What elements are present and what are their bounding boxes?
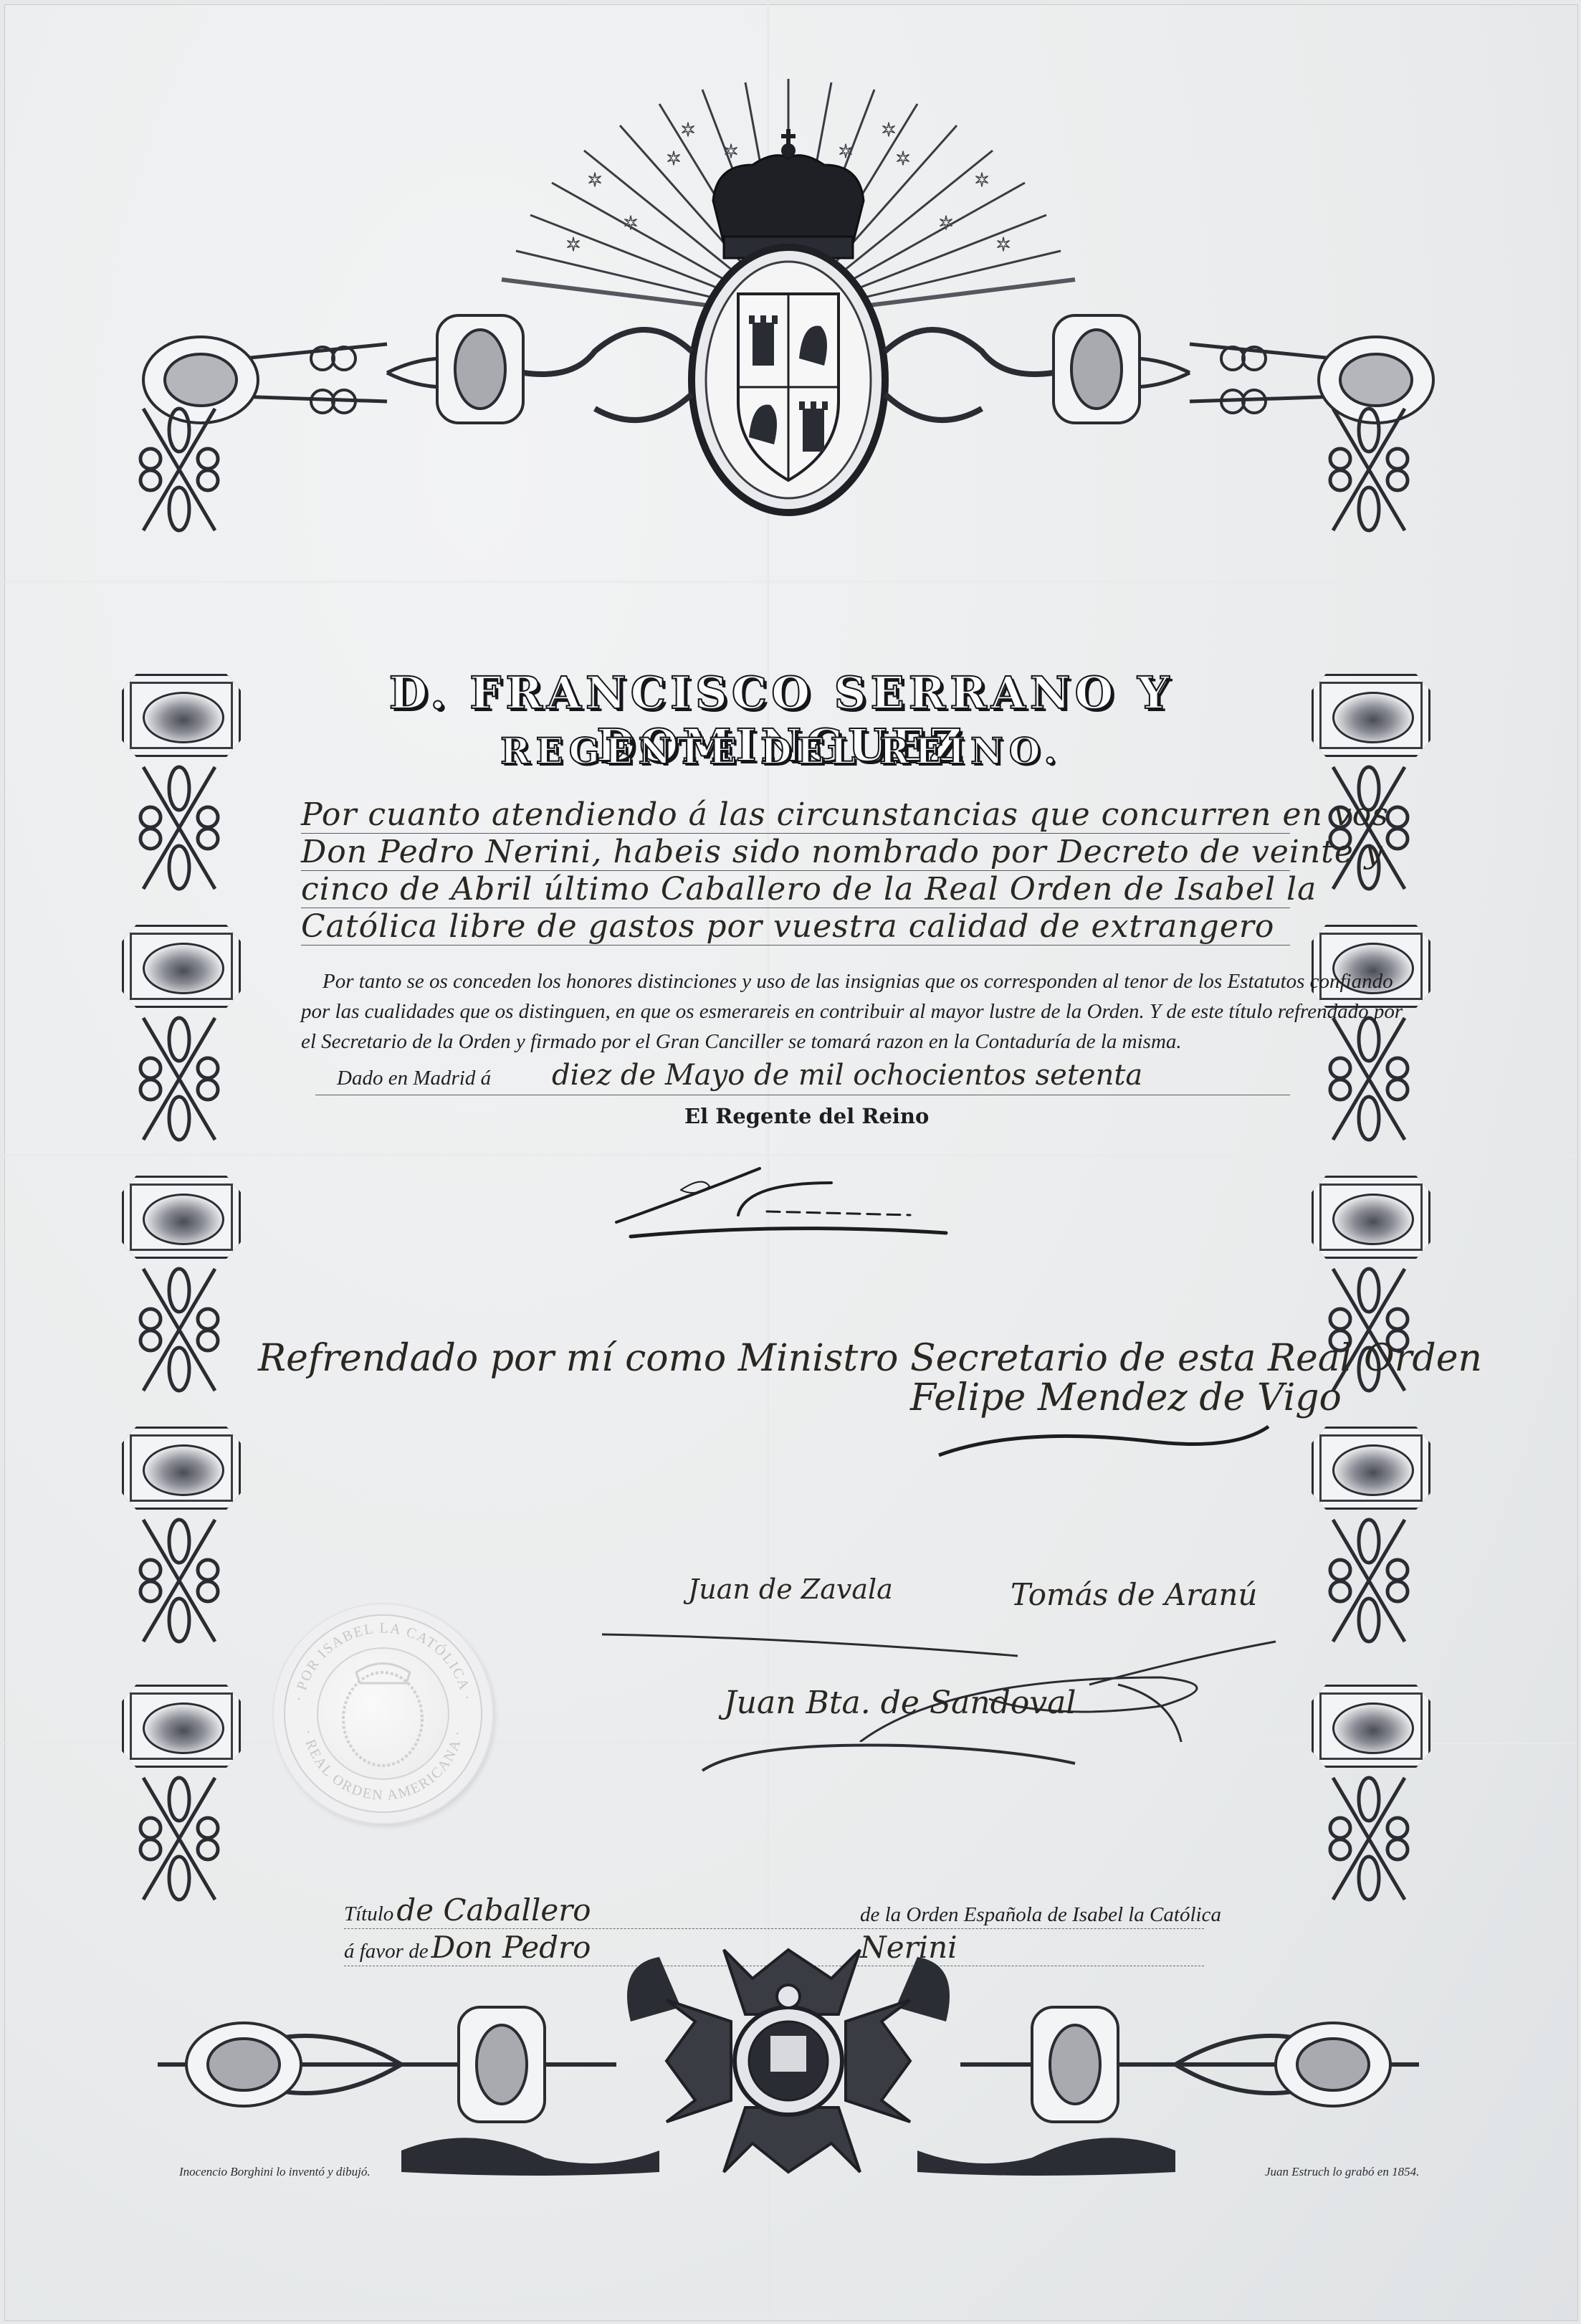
date-line: Dado en Madrid á diez de Mayo de mil och… [315,1063,1290,1095]
date-value: diez de Mayo de mil ochocientos setenta [552,1059,1142,1092]
medallion-icon [122,925,241,1008]
arrow-knot-icon [1326,1011,1412,1147]
handwritten-line: Católica libre de gastos por vuestra cal… [301,909,1290,946]
seal-legend-top: · POR ISABEL LA CATÓLICA · [291,1620,474,1702]
right-border-ornament [1304,401,1433,2007]
printed-line: Por tanto se os conceden los honores dis… [323,969,1312,998]
arrow-knot-icon [136,760,222,896]
left-border-ornament [115,401,244,2007]
printed-line: por las cualidades que os distinguen, en… [301,999,1290,1028]
medallion-icon [122,1176,241,1259]
handwritten-line: Por cuanto atendiendo á las circunstanci… [301,797,1290,834]
medallion-icon [122,1427,241,1510]
credit-engraver: Juan Estruch lo grabó en 1854. [1265,2165,1419,2179]
secretary-flourish [932,1419,1276,1462]
titulo-row: Título de Caballero de la Orden Española… [344,1892,1204,1929]
printed-line: el Secretario de la Orden y firmado por … [301,1029,1290,1058]
medallion-icon [1312,1427,1430,1510]
svg-text:✶: ✶ [565,234,581,255]
svg-text:✶: ✶ [995,234,1011,255]
medallion-icon [122,1685,241,1768]
top-border-ornament [115,301,1462,487]
svg-text:✶: ✶ [587,170,603,191]
arrow-knot-icon [136,1011,222,1147]
order-cross-emblem-icon [115,1935,1462,2179]
credit-designer: Inocencio Borghini lo inventó y dibujó. [179,2165,371,2179]
handwritten-line: cinco de Abril último Caballero de la Re… [301,872,1290,908]
titulo-value: de Caballero [396,1892,591,1928]
svg-text:✶: ✶ [680,120,696,141]
arrow-knot-icon [1326,1513,1412,1649]
signature-sandoval: Juan Bta. de Sandoval [724,1685,1076,1721]
arrow-knot-icon [136,1262,222,1398]
regent-caption: El Regente del Reino [684,1104,929,1128]
arrow-knot-icon [1326,401,1412,538]
signature-flourish [688,1735,1089,1785]
orden-text: de la Orden Española de Isabel la Católi… [860,1902,1221,1927]
medallion-icon [1312,1685,1430,1768]
regent-signature [602,1154,960,1240]
svg-text:✶: ✶ [623,213,639,234]
refrendo-line: Refrendado por mí como Ministro Secretar… [258,1337,1482,1380]
arrow-knot-icon [136,1513,222,1649]
arrow-knot-icon [136,401,222,538]
svg-text:✶: ✶ [974,170,990,191]
arrow-knot-icon [1326,1771,1412,1907]
svg-text:· POR ISABEL LA CATÓLICA ·: · POR ISABEL LA CATÓLICA · [291,1620,474,1702]
titulo-label: Título [344,1902,393,1925]
medallion-icon [122,674,241,757]
embossed-seal: · POR ISABEL LA CATÓLICA · · REAL ORDEN … [274,1604,492,1823]
medallion-icon [1312,925,1430,1008]
svg-text:✶: ✶ [723,141,739,162]
arrow-knot-icon [136,1771,222,1907]
svg-text:✶: ✶ [881,120,897,141]
medallion-icon [1312,1176,1430,1259]
secretary-signature: Felipe Mendez de Vigo [910,1376,1342,1419]
document-subtitle: REGENTE DEL REINO. [315,730,1247,772]
handwritten-line: Don Pedro Nerini, habeis sido nombrado p… [301,834,1290,871]
svg-text:✶: ✶ [666,148,682,169]
svg-text:✶: ✶ [838,141,854,162]
svg-text:✶: ✶ [938,213,954,234]
svg-text:✶: ✶ [895,148,911,169]
date-label: Dado en Madrid á [337,1066,491,1090]
medallion-icon [1312,674,1430,757]
